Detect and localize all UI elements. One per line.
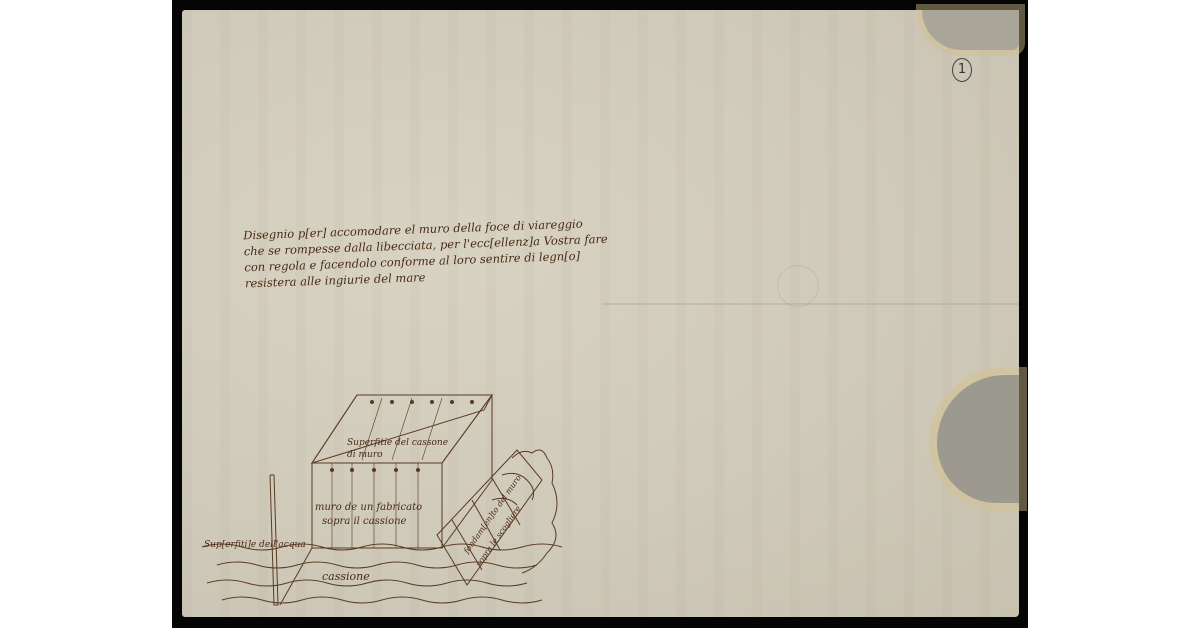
label-top-face: Superfitie del cassone — [347, 438, 448, 448]
label-front-face-2: sopra il cassione — [322, 516, 406, 527]
label-front-face: muro de un fabricato — [315, 502, 422, 513]
label-water-level: Sup[erfiti]e dell'acqua — [204, 540, 306, 550]
manuscript-sheet: 1 Disegnio p[er] accomodare el muro dell… — [182, 10, 1019, 617]
caisson-drawing — [182, 10, 1019, 617]
label-cassione: cassione — [322, 570, 370, 583]
label-top-face-2: di muro — [347, 450, 383, 460]
